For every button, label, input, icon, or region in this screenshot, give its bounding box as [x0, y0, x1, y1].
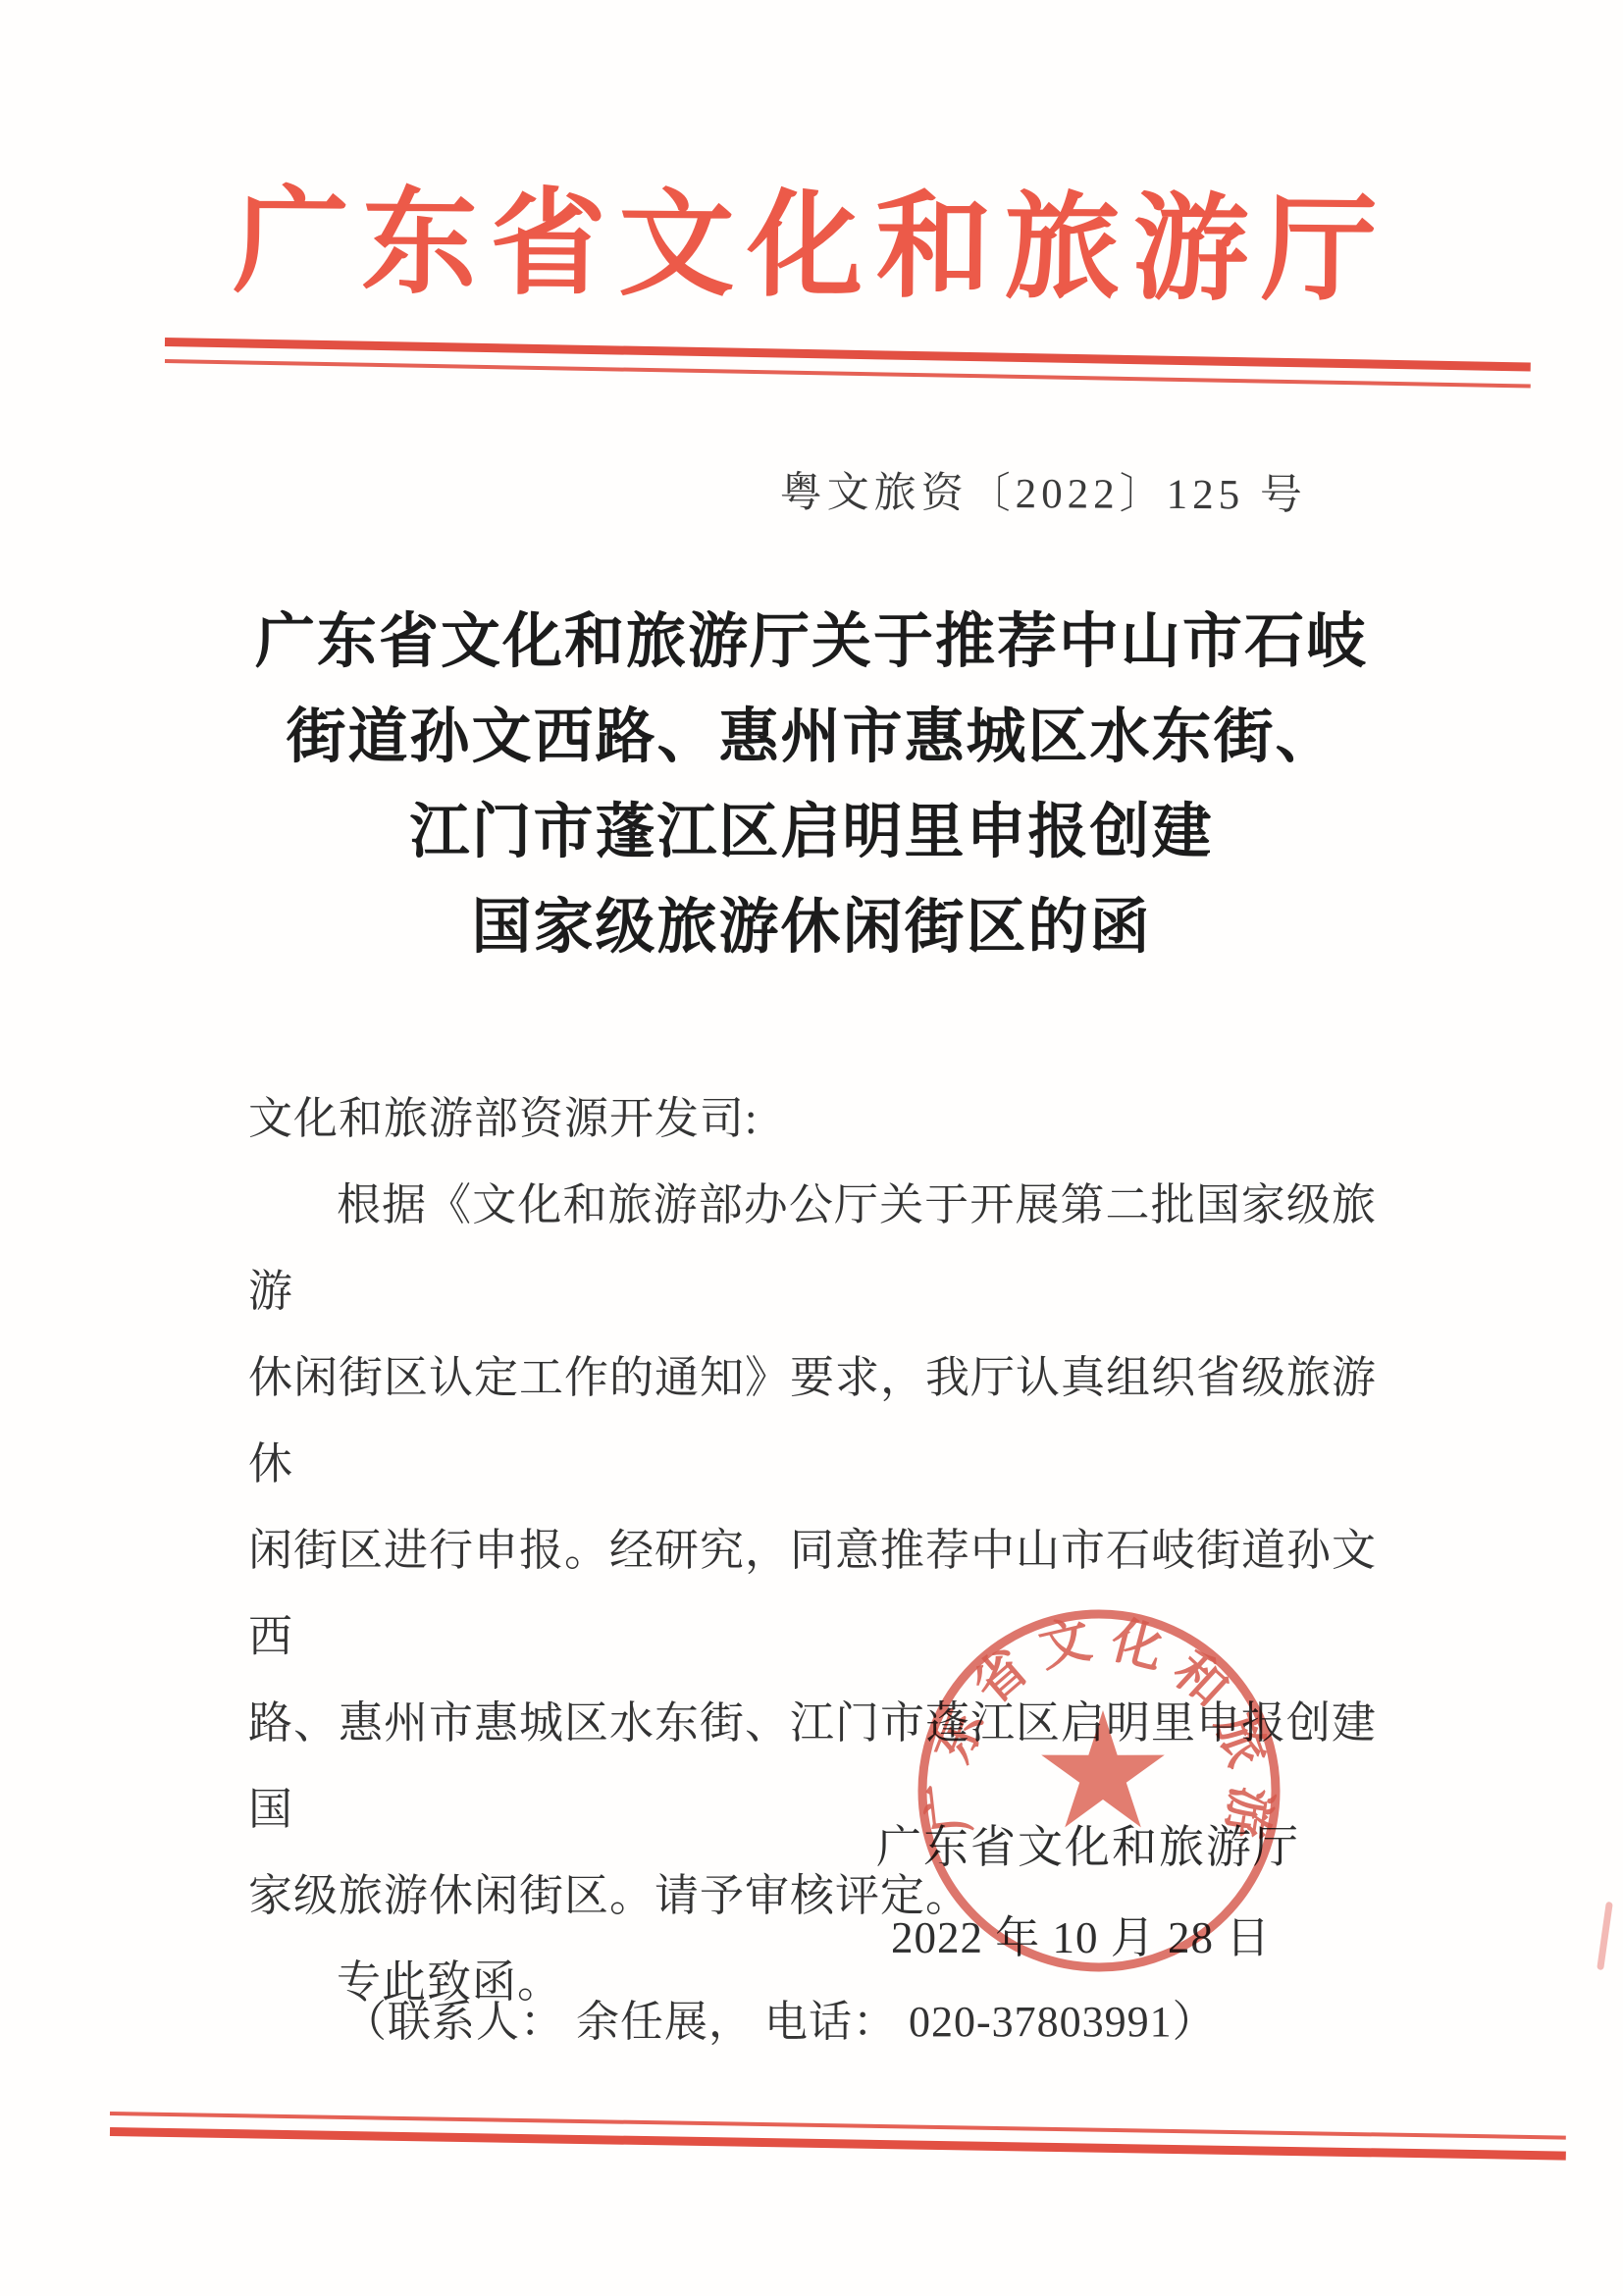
body-line-2: 休闲街区认定工作的通知》要求，我厅认真组织省级旅游休 [248, 1334, 1377, 1507]
official-letter-page: 广东省文化和旅游厅 粤文旅资〔2022〕125 号 广东省文化和旅游厅关于推荐中… [0, 0, 1623, 2296]
document-title: 广东省文化和旅游厅关于推荐中山市石岐 街道孙文西路、惠州市惠城区水东街、 江门市… [0, 595, 1623, 975]
title-line-3: 江门市蓬江区启明里申报创建 [0, 785, 1623, 880]
letterhead-agency-title: 广东省文化和旅游厅 [0, 177, 1623, 319]
seal-star-icon [1041, 1710, 1165, 1827]
title-line-2: 街道孙文西路、惠州市惠城区水东街、 [0, 690, 1623, 785]
document-number: 粤文旅资〔2022〕125 号 [0, 455, 1623, 524]
scan-artifact [1597, 1902, 1613, 1970]
title-line-1: 广东省文化和旅游厅关于推荐中山市石岐 [0, 595, 1623, 690]
title-line-4: 国家级旅游休闲街区的函 [0, 880, 1623, 975]
recipient-line: 文化和旅游部资源开发司: [248, 1075, 1377, 1162]
body-line-1: 根据《文化和旅游部办公厅关于开展第二批国家级旅游 [248, 1162, 1377, 1334]
official-seal: 广东省文化和旅游厅 [883, 1575, 1315, 2007]
